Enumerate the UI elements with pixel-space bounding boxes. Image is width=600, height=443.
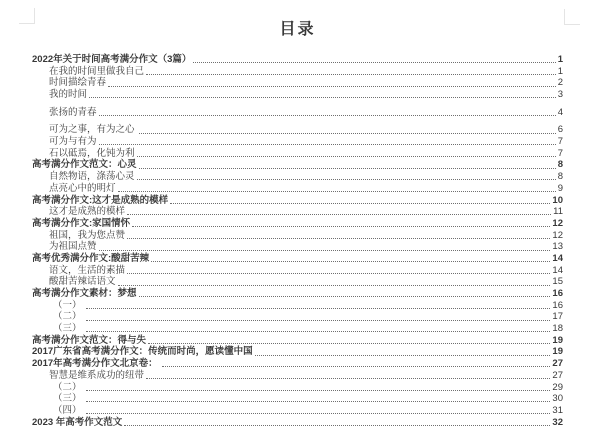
toc-page-number: 16 bbox=[552, 300, 563, 312]
dot-leader bbox=[86, 390, 550, 391]
dot-leader bbox=[99, 115, 556, 116]
toc-entry-text: 高考满分作文:家国情怀 bbox=[32, 218, 130, 230]
toc-page-number: 18 bbox=[552, 323, 563, 335]
toc-page-number: 1 bbox=[558, 66, 563, 78]
toc-list: 2022年关于时间高考满分作文（3篇）1在我的时间里做我自己1时间描绘青春2我的… bbox=[32, 54, 563, 428]
toc-entry[interactable]: 高考满分作文范文：得与失19 bbox=[32, 335, 563, 347]
dot-leader bbox=[139, 296, 551, 297]
toc-entry[interactable]: 酸甜苦辣话语文15 bbox=[32, 276, 563, 288]
toc-entry-text: 语文，生活的素描 bbox=[49, 265, 125, 277]
toc-entry-text: 2022年关于时间高考满分作文（3篇） bbox=[32, 54, 191, 66]
toc-page-number: 30 bbox=[552, 393, 563, 405]
dot-leader bbox=[139, 133, 556, 134]
dot-leader bbox=[162, 366, 550, 367]
toc-page-number: 1 bbox=[558, 54, 563, 66]
dot-leader bbox=[132, 226, 550, 227]
dot-leader bbox=[139, 168, 556, 169]
dot-leader bbox=[86, 331, 550, 332]
toc-entry-text: （四） bbox=[53, 405, 84, 417]
dot-leader bbox=[127, 273, 550, 274]
toc-page-number: 2 bbox=[558, 77, 563, 89]
toc-page-number: 27 bbox=[552, 358, 563, 370]
toc-page-number: 14 bbox=[552, 253, 563, 265]
dot-leader bbox=[86, 308, 550, 309]
dot-leader bbox=[137, 156, 556, 157]
toc-page-number: 10 bbox=[552, 195, 563, 207]
toc-entry-text: 可为之事，有为之心 bbox=[49, 124, 137, 136]
toc-entry[interactable]: 高考满分作文素材：梦想16 bbox=[32, 288, 563, 300]
toc-entry[interactable]: 可为之事，有为之心 6 bbox=[32, 124, 563, 136]
dot-leader bbox=[127, 238, 550, 239]
dot-leader bbox=[146, 74, 556, 75]
toc-entry[interactable]: 为祖国点赞13 bbox=[32, 241, 563, 253]
toc-entry[interactable]: （二） 29 bbox=[32, 382, 563, 394]
dot-leader bbox=[255, 355, 551, 356]
toc-entry[interactable]: （三） 30 bbox=[32, 393, 563, 405]
dot-leader bbox=[118, 285, 551, 286]
toc-page-number: 14 bbox=[552, 265, 563, 277]
toc-entry-text: 我的时间 bbox=[49, 89, 87, 101]
dot-leader bbox=[89, 97, 556, 98]
toc-entry[interactable]: 自然物语，涤荡心灵8 bbox=[32, 171, 563, 183]
toc-entry[interactable]: 这才是成熟的模样11 bbox=[32, 206, 563, 218]
toc-entry[interactable]: 2017广东省高考满分作文：传统而时尚，愿读懂中国19 bbox=[32, 347, 563, 359]
toc-entry-text: 2017年高考满分作文北京卷： bbox=[32, 358, 160, 370]
dot-leader bbox=[86, 413, 550, 414]
dot-leader bbox=[99, 144, 556, 145]
toc-entry[interactable]: 高考满分作文范文：心灵8 bbox=[32, 160, 563, 172]
toc-entry[interactable]: 张扬的青春4 bbox=[32, 107, 563, 119]
dot-leader bbox=[108, 86, 556, 87]
toc-page-number: 12 bbox=[552, 230, 563, 242]
toc-entry-text: 高考满分作文范文：得与失 bbox=[32, 335, 146, 347]
dot-leader bbox=[151, 261, 550, 262]
toc-entry-text: （三） bbox=[53, 393, 84, 405]
toc-entry[interactable]: 2017年高考满分作文北京卷： 27 bbox=[32, 358, 563, 370]
toc-entry-text: （一） bbox=[53, 300, 84, 312]
dot-leader bbox=[137, 179, 556, 180]
toc-page-number: 17 bbox=[552, 311, 563, 323]
toc-page-number: 7 bbox=[558, 136, 563, 148]
dot-leader bbox=[170, 203, 550, 204]
toc-entry[interactable]: （四） 31 bbox=[32, 405, 563, 417]
dot-leader bbox=[148, 343, 550, 344]
toc-entry-text: （三） bbox=[53, 323, 84, 335]
toc-page-number: 8 bbox=[558, 159, 563, 171]
toc-entry-text: 高考满分作文范文：心灵 bbox=[32, 159, 137, 171]
toc-page-number: 6 bbox=[558, 124, 563, 136]
toc-entry[interactable]: 2023 年高考作文范文32 bbox=[32, 417, 563, 429]
toc-entry[interactable]: 语文，生活的素描14 bbox=[32, 265, 563, 277]
toc-page-number: 16 bbox=[552, 288, 563, 300]
toc-page-number: 9 bbox=[558, 183, 563, 195]
toc-page-number: 19 bbox=[552, 335, 563, 347]
toc-entry-text: 这才是成熟的模样 bbox=[49, 206, 125, 218]
toc-entry[interactable]: 时间描绘青春2 bbox=[32, 77, 563, 89]
toc-entry-text: 可为与有为 bbox=[49, 136, 97, 148]
toc-page-number: 31 bbox=[552, 405, 563, 417]
toc-entry-text: 祖国，我为您点赞 bbox=[49, 230, 125, 242]
toc-entry[interactable]: 石以砥焉，化钝为利7 bbox=[32, 148, 563, 160]
dot-leader bbox=[124, 425, 550, 426]
document-page: 目录 2022年关于时间高考满分作文（3篇）1在我的时间里做我自己1时间描绘青春… bbox=[0, 0, 600, 443]
toc-title: 目录 bbox=[32, 21, 563, 38]
toc-entry[interactable]: （三） 18 bbox=[32, 323, 563, 335]
toc-entry-text: 自然物语，涤荡心灵 bbox=[49, 171, 135, 183]
dot-leader bbox=[86, 401, 550, 402]
toc-page-number: 29 bbox=[552, 382, 563, 394]
toc-entry[interactable]: （一） 16 bbox=[32, 300, 563, 312]
toc-page-number: 7 bbox=[558, 148, 563, 160]
toc-entry-text: 高考优秀满分作文:酸甜苦辣 bbox=[32, 253, 149, 265]
dot-leader bbox=[146, 378, 550, 379]
toc-entry-text: 在我的时间里做我自己 bbox=[49, 66, 144, 78]
toc-page-number: 3 bbox=[558, 89, 563, 101]
toc-entry[interactable]: 祖国，我为您点赞12 bbox=[32, 230, 563, 242]
toc-page-number: 12 bbox=[552, 218, 563, 230]
toc-entry-text: 时间描绘青春 bbox=[49, 77, 106, 89]
toc-entry-text: 为祖国点赞 bbox=[49, 241, 97, 253]
toc-entry-text: （二） bbox=[53, 311, 84, 323]
toc-entry-text: 高考满分作文:这才是成熟的模样 bbox=[32, 195, 168, 207]
dot-leader bbox=[118, 191, 556, 192]
toc-entry[interactable]: 可为与有为7 bbox=[32, 136, 563, 148]
toc-page-number: 11 bbox=[553, 206, 563, 218]
toc-entry[interactable]: 高考满分作文:家国情怀12 bbox=[32, 218, 563, 230]
toc-page-number: 32 bbox=[552, 417, 563, 429]
toc-page-number: 13 bbox=[552, 241, 563, 253]
toc-page-number: 8 bbox=[558, 171, 563, 183]
toc-entry[interactable]: 智慧是维系成功的纽带27 bbox=[32, 370, 563, 382]
toc-entry-text: 2023 年高考作文范文 bbox=[32, 417, 122, 429]
toc-entry[interactable]: 高考满分作文:这才是成熟的模样10 bbox=[32, 195, 563, 207]
toc-entry-text: 2017广东省高考满分作文：传统而时尚，愿读懂中国 bbox=[32, 346, 253, 358]
toc-page-number: 4 bbox=[558, 107, 563, 119]
toc-entry-text: 石以砥焉，化钝为利 bbox=[49, 148, 135, 160]
toc-page-number: 27 bbox=[552, 370, 563, 382]
toc-entry[interactable]: 2022年关于时间高考满分作文（3篇）1 bbox=[32, 54, 563, 66]
toc-entry-text: 点亮心中的明灯 bbox=[49, 183, 116, 195]
toc-entry[interactable]: 我的时间3 bbox=[32, 89, 563, 101]
toc-entry-text: 高考满分作文素材：梦想 bbox=[32, 288, 137, 300]
toc-entry-text: 张扬的青春 bbox=[49, 107, 97, 119]
toc-page-number: 15 bbox=[552, 276, 563, 288]
toc-page-number: 19 bbox=[552, 346, 563, 358]
dot-leader bbox=[127, 214, 551, 215]
text-boundary-corner-mark-right bbox=[564, 9, 580, 25]
toc-entry[interactable]: （二） 17 bbox=[32, 311, 563, 323]
dot-leader bbox=[99, 250, 551, 251]
dot-leader bbox=[86, 320, 550, 321]
toc-entry[interactable]: 在我的时间里做我自己1 bbox=[32, 66, 563, 78]
toc-entry[interactable]: 高考优秀满分作文:酸甜苦辣14 bbox=[32, 253, 563, 265]
dot-leader bbox=[193, 62, 555, 63]
toc-content: 目录 2022年关于时间高考满分作文（3篇）1在我的时间里做我自己1时间描绘青春… bbox=[32, 21, 563, 428]
toc-entry[interactable]: 点亮心中的明灯9 bbox=[32, 183, 563, 195]
toc-entry-text: 智慧是维系成功的纽带 bbox=[49, 370, 144, 382]
toc-entry-text: 酸甜苦辣话语文 bbox=[49, 276, 116, 288]
toc-entry-text: （二） bbox=[53, 382, 84, 394]
